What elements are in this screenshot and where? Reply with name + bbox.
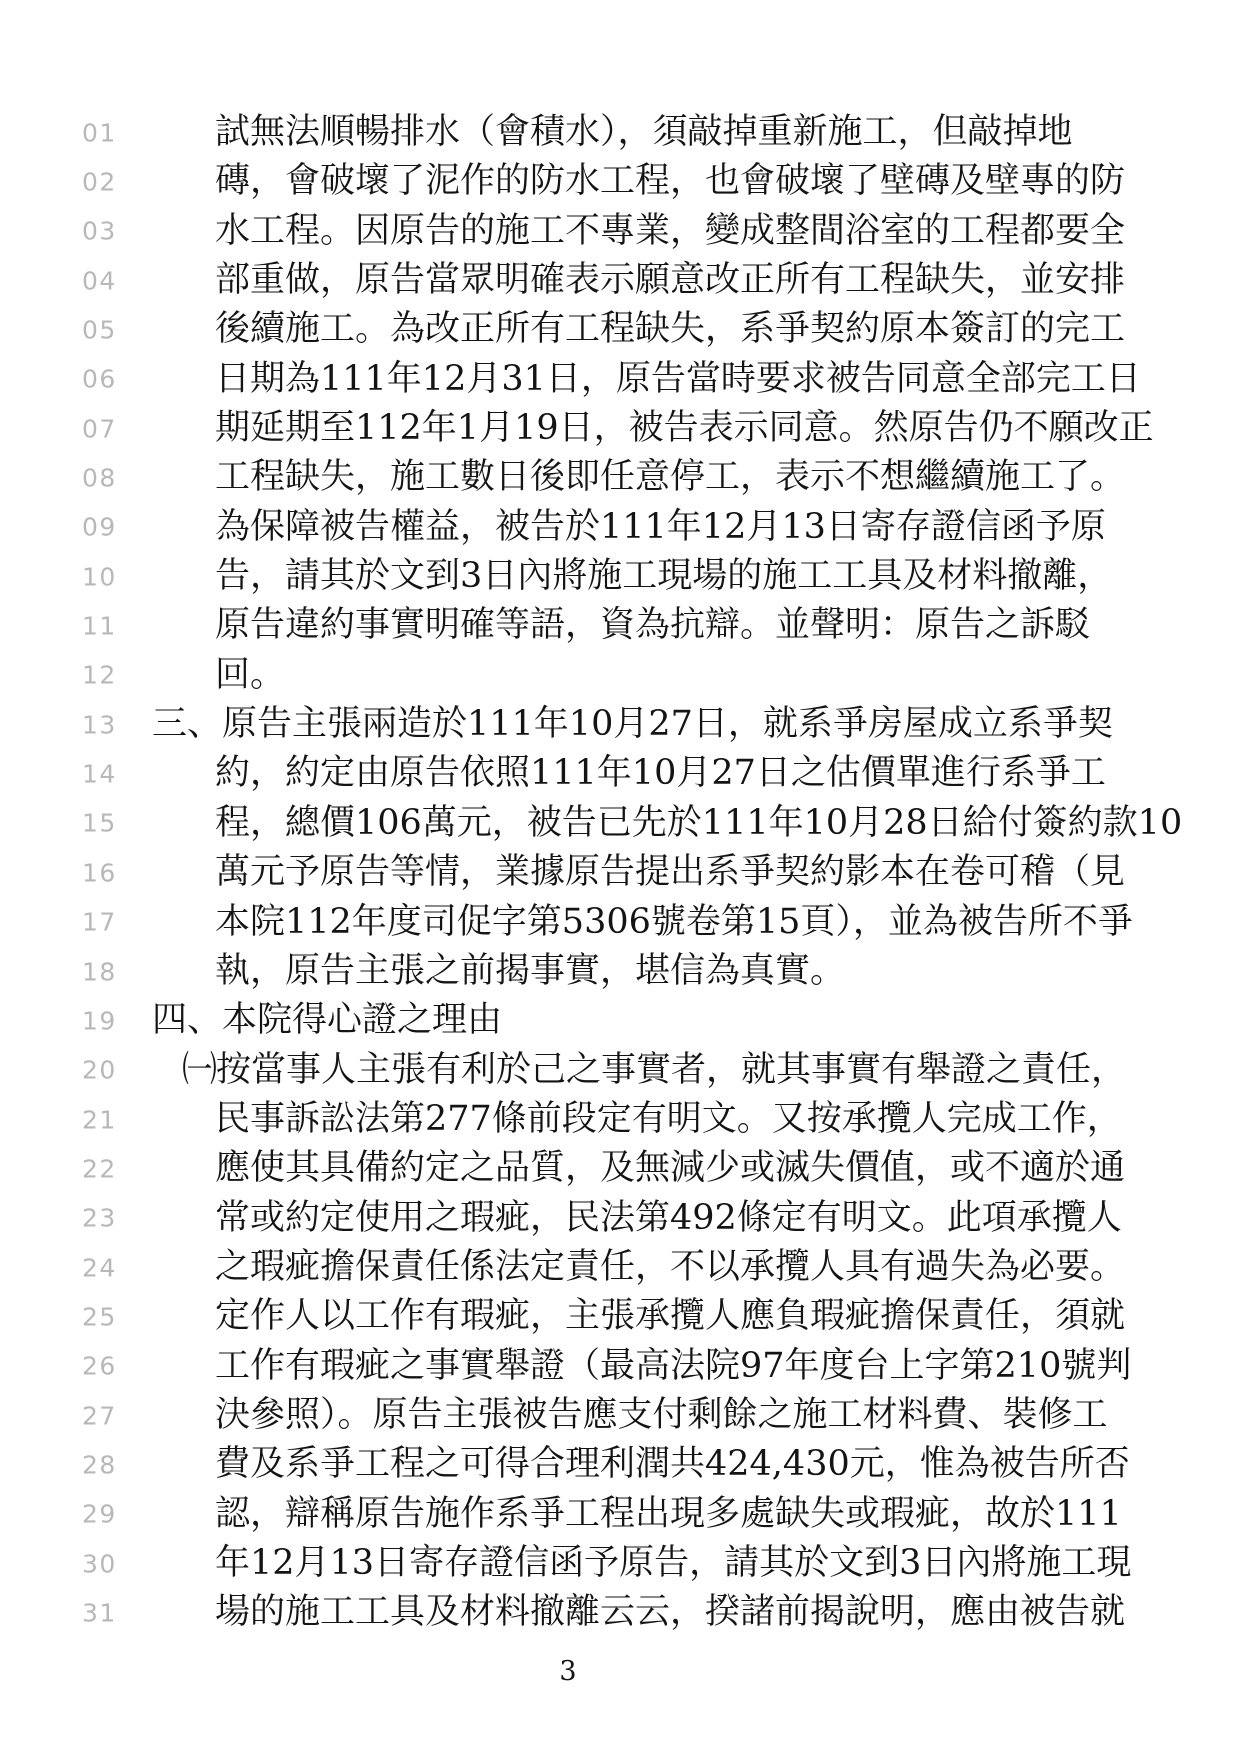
text-line: 06 日期為111年12月31日，原告當時要求被告同意全部完工日 [0, 355, 1240, 404]
text-line: 04 部重做，原告當眾明確表示願意改正所有工程缺失，並安排 [0, 256, 1240, 305]
text-line: 07 期延期至112年1月19日，被告表示同意。然原告仍不願改正 [0, 404, 1240, 453]
line-text: 磚，會破壞了泥作的防水工程，也會破壞了壁磚及壁專的防 [215, 157, 1125, 206]
text-line: 20 ㈠ 按當事人主張有利於己之事實者，就其事實有舉證之責任， [0, 1046, 1240, 1095]
text-line: 16 萬元予原告等情，業據原告提出系爭契約影本在卷可稽（見 [0, 848, 1240, 897]
line-number: 19 [82, 1006, 117, 1035]
line-number: 28 [82, 1450, 117, 1479]
text-line: 12 回。 [0, 651, 1240, 700]
line-text: 試無法順暢排水（會積水），須敲掉重新施工，但敲掉地 [215, 108, 1073, 157]
line-number: 31 [82, 1598, 117, 1627]
text-line: 27 決參照）。原告主張被告應支付剩餘之施工材料費、裝修工 [0, 1391, 1240, 1440]
line-text: 後續施工。為改正所有工程缺失，系爭契約原本簽訂的完工 [215, 305, 1125, 354]
text-line: 25 定作人以工作有瑕疵，主張承攬人應負瑕疵擔保責任，須就 [0, 1292, 1240, 1341]
line-text: 本院112年度司促字第5306號卷第15頁），並為被告所不爭 [215, 898, 1133, 947]
line-number: 13 [82, 710, 117, 739]
line-text: 認，辯稱原告施作系爭工程出現多處缺失或瑕疵，故於111 [215, 1490, 1122, 1539]
line-number: 11 [82, 612, 117, 641]
line-number: 23 [82, 1204, 117, 1233]
line-number: 17 [82, 908, 117, 937]
line-text: 費及系爭工程之可得合理利潤共424,430元，惟為被告所否 [215, 1440, 1130, 1489]
text-line: 28 費及系爭工程之可得合理利潤共424,430元，惟為被告所否 [0, 1440, 1240, 1489]
line-text: 回。 [215, 651, 285, 700]
text-line: 22 應使其具備約定之品質，及無減少或滅失價值，或不適於通 [0, 1144, 1240, 1193]
line-text: 部重做，原告當眾明確表示願意改正所有工程缺失，並安排 [215, 256, 1125, 305]
line-number: 04 [82, 266, 117, 295]
text-line: 14 約，約定由原告依照111年10月27日之估價單進行系爭工 [0, 749, 1240, 798]
text-line: 11 原告違約事實明確等語，資為抗辯。並聲明：原告之訴駁 [0, 601, 1240, 650]
line-text: 工作有瑕疵之事實舉證（最高法院97年度台上字第210號判 [215, 1342, 1131, 1391]
line-number: 01 [82, 118, 117, 147]
line-text: 日期為111年12月31日，原告當時要求被告同意全部完工日 [215, 355, 1141, 404]
line-text: 應使其具備約定之品質，及無減少或滅失價值，或不適於通 [215, 1144, 1125, 1193]
line-text: 為保障被告權益，被告於111年12月13日寄存證信函予原 [215, 503, 1106, 552]
line-number: 20 [82, 1056, 117, 1085]
text-line: 10 告，請其於文到3日內將施工現場的施工工具及材料撤離， [0, 552, 1240, 601]
text-line: 30 年12月13日寄存證信函予原告，請其於文到3日內將施工現 [0, 1539, 1240, 1588]
text-line: 05 後續施工。為改正所有工程缺失，系爭契約原本簽訂的完工 [0, 305, 1240, 354]
text-line: 13 三、 原告主張兩造於111年10月27日，就系爭房屋成立系爭契 [0, 700, 1240, 749]
page-number: 3 [548, 1656, 588, 1687]
text-line: 29 認，辯稱原告施作系爭工程出現多處缺失或瑕疵，故於111 [0, 1490, 1240, 1539]
line-text: 萬元予原告等情，業據原告提出系爭契約影本在卷可稽（見 [215, 848, 1125, 897]
text-line: 31 場的施工工具及材料撤離云云，揆諸前揭說明，應由被告就 [0, 1588, 1240, 1637]
line-number: 21 [82, 1105, 117, 1134]
line-text: 原告違約事實明確等語，資為抗辯。並聲明：原告之訴駁 [215, 601, 1090, 650]
text-line: 15 程，總價106萬元，被告已先於111年10月28日給付簽約款10 [0, 799, 1240, 848]
line-number: 03 [82, 217, 117, 246]
line-number: 14 [82, 760, 117, 789]
list-marker: 三、 [152, 700, 222, 749]
line-text: 執，原告主張之前揭事實，堪信為真實。 [215, 947, 845, 996]
text-line: 21 民事訴訟法第277條前段定有明文。又按承攬人完成工作， [0, 1095, 1240, 1144]
line-text: 原告主張兩造於111年10月27日，就系爭房屋成立系爭契 [222, 700, 1113, 749]
line-number: 08 [82, 464, 117, 493]
text-line: 09 為保障被告權益，被告於111年12月13日寄存證信函予原 [0, 503, 1240, 552]
line-number: 09 [82, 513, 117, 542]
line-number: 16 [82, 858, 117, 887]
line-text: 期延期至112年1月19日，被告表示同意。然原告仍不願改正 [215, 404, 1154, 453]
line-text: 常或約定使用之瑕疵，民法第492條定有明文。此項承攬人 [215, 1194, 1122, 1243]
line-number: 30 [82, 1549, 117, 1578]
line-number: 24 [82, 1253, 117, 1282]
judgment-page-body: 01 試無法順暢排水（會積水），須敲掉重新施工，但敲掉地 02 磚，會破壞了泥作… [0, 108, 1240, 1638]
line-number: 06 [82, 365, 117, 394]
text-line: 01 試無法順暢排水（會積水），須敲掉重新施工，但敲掉地 [0, 108, 1240, 157]
line-number: 05 [82, 316, 117, 345]
line-number: 15 [82, 809, 117, 838]
line-text: 工程缺失，施工數日後即任意停工，表示不想繼續施工了。 [215, 453, 1125, 502]
line-number: 12 [82, 661, 117, 690]
line-text: 告，請其於文到3日內將施工現場的施工工具及材料撤離， [215, 552, 1112, 601]
list-marker: ㈠ [182, 1046, 217, 1095]
text-line: 08 工程缺失，施工數日後即任意停工，表示不想繼續施工了。 [0, 453, 1240, 502]
line-number: 22 [82, 1154, 117, 1183]
line-number: 26 [82, 1352, 117, 1381]
line-text: 年12月13日寄存證信函予原告，請其於文到3日內將施工現 [215, 1539, 1131, 1588]
text-line: 18 執，原告主張之前揭事實，堪信為真實。 [0, 947, 1240, 996]
line-text: 決參照）。原告主張被告應支付剩餘之施工材料費、裝修工 [215, 1391, 1108, 1440]
line-text: 水工程。因原告的施工不專業，變成整間浴室的工程都要全 [215, 207, 1125, 256]
line-number: 02 [82, 168, 117, 197]
line-number: 18 [82, 957, 117, 986]
line-number: 07 [82, 414, 117, 443]
text-line: 26 工作有瑕疵之事實舉證（最高法院97年度台上字第210號判 [0, 1342, 1240, 1391]
line-text: 定作人以工作有瑕疵，主張承攬人應負瑕疵擔保責任，須就 [215, 1292, 1125, 1341]
text-line: 23 常或約定使用之瑕疵，民法第492條定有明文。此項承攬人 [0, 1194, 1240, 1243]
text-line: 17 本院112年度司促字第5306號卷第15頁），並為被告所不爭 [0, 898, 1240, 947]
line-text: 本院得心證之理由 [222, 996, 502, 1045]
line-number: 29 [82, 1500, 117, 1529]
line-number: 10 [82, 562, 117, 591]
line-text: 民事訴訟法第277條前段定有明文。又按承攬人完成工作， [215, 1095, 1122, 1144]
line-text: 場的施工工具及材料撤離云云，揆諸前揭說明，應由被告就 [215, 1588, 1125, 1637]
list-marker: 四、 [152, 996, 222, 1045]
line-text: 之瑕疵擔保責任係法定責任，不以承攬人具有過失為必要。 [215, 1243, 1125, 1292]
text-line: 03 水工程。因原告的施工不專業，變成整間浴室的工程都要全 [0, 207, 1240, 256]
line-text: 程，總價106萬元，被告已先於111年10月28日給付簽約款10 [215, 799, 1182, 848]
line-number: 27 [82, 1401, 117, 1430]
line-text: 約，約定由原告依照111年10月27日之估價單進行系爭工 [215, 749, 1106, 798]
text-line: 02 磚，會破壞了泥作的防水工程，也會破壞了壁磚及壁專的防 [0, 157, 1240, 206]
line-text: 按當事人主張有利於己之事實者，就其事實有舉證之責任， [216, 1046, 1126, 1095]
text-line: 19 四、 本院得心證之理由 [0, 996, 1240, 1045]
text-line: 24 之瑕疵擔保責任係法定責任，不以承攬人具有過失為必要。 [0, 1243, 1240, 1292]
line-number: 25 [82, 1302, 117, 1331]
